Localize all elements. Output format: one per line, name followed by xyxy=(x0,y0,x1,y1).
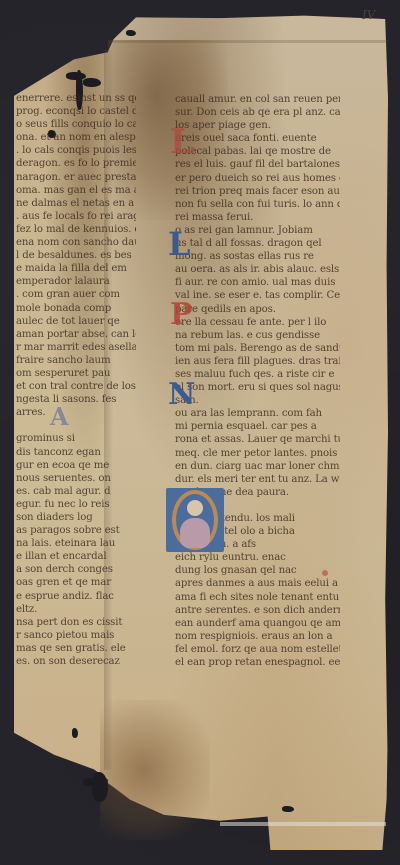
blue-initial-a: A xyxy=(50,405,69,429)
text-line: cauall amur. en col san reuen per pie xyxy=(175,93,340,106)
text-line: el son mort. eru si ques sol nagus xyxy=(175,381,340,394)
blue-initial-n: N xyxy=(168,380,195,410)
text-line: et con tral contre de losa xyxy=(16,380,136,393)
text-line: egur. fu nec lo reis xyxy=(16,498,136,511)
text-line: rei massa ferui. xyxy=(175,211,340,224)
historiated-initial xyxy=(166,488,224,552)
text-line: en dun. ciarg uac mar loner chma xyxy=(175,460,340,473)
text-line: nous seruentes. on xyxy=(16,472,136,485)
text-line: es. on son deserecaz xyxy=(16,655,136,668)
text-line: grominus si xyxy=(16,432,136,445)
text-line: eltz. xyxy=(16,603,136,616)
red-initial-l: L xyxy=(170,125,194,159)
text-line: arres. xyxy=(16,406,136,419)
text-line: fi aur. re con amio. ual mas duis xyxy=(175,276,340,289)
text-line: enerrere. esinst un ss qe fo xyxy=(16,92,136,105)
damage-hole xyxy=(92,772,108,802)
damage-hole xyxy=(72,728,78,738)
text-line: . aus fe locals fo rei aragon xyxy=(16,210,136,223)
text-line: mole bonada comp xyxy=(16,302,136,315)
text-line: es. cab mal agur. d xyxy=(16,485,136,498)
text-line: na rebum las. e cus gendisse xyxy=(175,329,340,342)
text-line: sam. xyxy=(175,394,340,407)
text-line: mas qe sen gratis. ele xyxy=(16,642,136,655)
damage-hole xyxy=(83,78,101,87)
text-line: ses maluu fuch qes. a riste cir e xyxy=(175,368,340,381)
figure-robe-icon xyxy=(180,518,210,548)
text-line: au oera. as als ir. abis alauc. esls xyxy=(175,263,340,276)
text-line: a son derch conges xyxy=(16,563,136,576)
text-line: rona et assas. Lauer qe marchi tu xyxy=(175,433,340,446)
text-line: ona. et an nom en alesperale xyxy=(16,131,136,144)
text-line: . com gran auer com xyxy=(16,288,136,301)
folio-number: IV xyxy=(362,8,375,22)
text-line: dung los gnasan qel nac xyxy=(175,564,340,577)
text-line: ena nom con sancho daum xyxy=(16,236,136,249)
text-line: non fu sella con fui turis. lo ann qel f… xyxy=(175,198,340,211)
bottom-fold-line xyxy=(220,822,386,826)
text-line: aulec de tot lauer qe xyxy=(16,315,136,328)
left-text-column: enerrere. esinst un ss qe foprog. econqs… xyxy=(16,92,136,668)
text-line: oma. mas gan el es ma a ta xyxy=(16,184,136,197)
figure-head-icon xyxy=(187,500,203,516)
text-line: mong. as sostas ellas rus re xyxy=(175,250,340,263)
text-line: . lo cals conqis puois les lo xyxy=(16,144,136,157)
text-line: eich rylu euntru. enac xyxy=(175,551,340,564)
text-line: ien aus fera fill plagues. dras traite xyxy=(175,355,340,368)
text-line: nom respigniois. eraus an lon a xyxy=(175,630,340,643)
text-line: los aper piage gen. xyxy=(175,119,340,132)
text-line: fel emol. forz qe aua nom estellet xyxy=(175,643,340,656)
text-line: son diaders log xyxy=(16,511,136,524)
text-line: ean aunderf ama quangou qe ama xyxy=(175,617,340,630)
text-line: nsa pert don es cissit xyxy=(16,616,136,629)
text-line: dur. els meri ter ent tu anz. La wo xyxy=(175,473,340,486)
text-line xyxy=(16,419,136,432)
text-line: as paragos sobre est xyxy=(16,524,136,537)
text-line: ama fi ech sites nole tenant entu xyxy=(175,591,340,604)
text-line: dis tanconz egan xyxy=(16,446,136,459)
text-line: naragon. er auec prestar o co xyxy=(16,171,136,184)
text-line: ngesta li sasons. fes xyxy=(16,393,136,406)
text-line: l de besaldunes. es bes xyxy=(16,249,136,262)
text-line: val ine. se eser e. tas complir. Ces xyxy=(175,289,340,302)
text-line: fraire sancho laum xyxy=(16,354,136,367)
text-line: oreis ouel saca fonti. euente xyxy=(175,132,340,145)
rubric-mark xyxy=(322,570,328,576)
damage-hole xyxy=(282,806,294,812)
text-line: pare qedils en apos. xyxy=(175,303,340,316)
text-line: e illan et encardal xyxy=(16,550,136,563)
text-line: emperador lalaura xyxy=(16,275,136,288)
text-line: fez lo mal de kennuios. dom xyxy=(16,223,136,236)
text-line: prog. econqsi lo castel de pro xyxy=(16,105,136,118)
text-line: gur en ecoa qe me xyxy=(16,459,136,472)
text-line: ere lla cessau fe ante. per l ilo xyxy=(175,316,340,329)
text-line: o as rei gan lamnur. Jobiam xyxy=(175,224,340,237)
right-text-column: cauall amur. en col san reuen per piesur… xyxy=(175,93,340,669)
text-line: oas gren et qe mar xyxy=(16,576,136,589)
text-line: sur. Don ceis ab qe era pl anz. car xyxy=(175,106,340,119)
top-fold-line xyxy=(108,40,388,43)
text-line: o seus fills conquio lo castat xyxy=(16,118,136,131)
text-line: er pero dueich so rei aus homes del xyxy=(175,172,340,185)
text-line: res el luis. gauf fil del bartalones xyxy=(175,158,340,171)
text-line: aman portar abse. can les xyxy=(16,328,136,341)
text-line: apres danmes a aus mais eelui a xyxy=(175,577,340,590)
text-line: e maida la filla del em xyxy=(16,262,136,275)
text-line: polecal pabas. lai qe mostre de xyxy=(175,145,340,158)
text-line: tom mi pals. Berengo as de sandunes xyxy=(175,342,340,355)
text-line: ou ara las lemprann. com fah xyxy=(175,407,340,420)
blue-initial-l: L xyxy=(168,228,191,260)
text-line: deragon. es fo lo premier rey xyxy=(16,157,136,170)
text-line: mi pernia esquael. car pes a xyxy=(175,420,340,433)
text-line: r mar marrit edes asella xyxy=(16,341,136,354)
text-line: rei trion preq mais facer eson aur xyxy=(175,185,340,198)
text-line: el ean prop retan enespagnol. eeen xyxy=(175,656,340,669)
text-line: us tal d all fossas. dragon qel xyxy=(175,237,340,250)
damage-hole xyxy=(126,30,136,36)
text-line: meq. cle mer petor lantes. pnois lo xyxy=(175,447,340,460)
text-line: antre serentes. e son dich anderman xyxy=(175,604,340,617)
text-line: ne dalmas el netas en a sen xyxy=(16,197,136,210)
text-line: e esprue andiz. flac xyxy=(16,590,136,603)
text-line: r sanco pietou mais xyxy=(16,629,136,642)
text-line: na lais. eteinara lau xyxy=(16,537,136,550)
text-line: om sesperuret pau xyxy=(16,367,136,380)
red-initial-p: P xyxy=(170,300,193,330)
